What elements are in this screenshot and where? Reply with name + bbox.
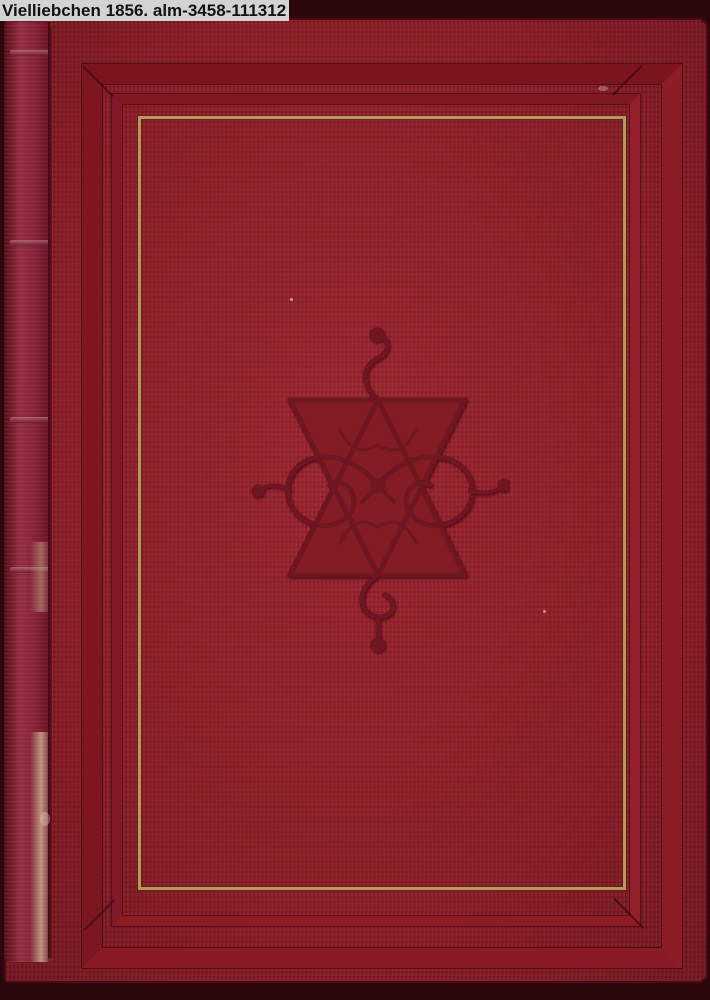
- wear-speck: [598, 86, 608, 91]
- spine-band: [10, 417, 50, 423]
- star-ornament-icon: [250, 325, 510, 655]
- wear-speck: [40, 812, 50, 826]
- wear-speck: [290, 298, 293, 301]
- spine-band: [10, 240, 50, 246]
- image-caption: Vielliebchen 1856. alm-3458-111312: [0, 0, 289, 21]
- wear-speck: [543, 610, 546, 613]
- spine-band: [10, 50, 50, 56]
